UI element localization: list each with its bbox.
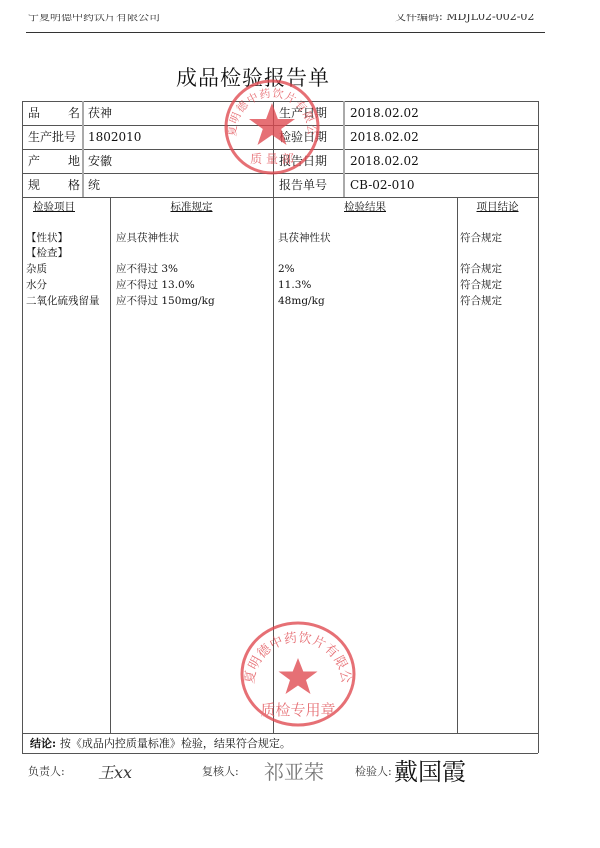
col-divider	[273, 197, 274, 733]
row-conclusion: 符合规定	[460, 261, 502, 277]
label-inspection-date: 检验日期	[279, 125, 327, 149]
responsible-label: 负责人:	[28, 763, 65, 779]
stamp-center-text: 质检专用章	[260, 701, 335, 719]
col-divider	[273, 101, 274, 197]
row-conclusion: 符合规定	[460, 293, 502, 309]
row-standard: 应不得过 3%	[116, 261, 178, 277]
value-report-number: CB-02-010	[350, 173, 415, 197]
responsible-signature: 王xx	[98, 760, 132, 783]
row-result: 2%	[278, 261, 295, 277]
label-batch-number: 生产批号	[28, 125, 76, 149]
value-report-date: 2018.02.02	[350, 149, 419, 173]
value-product-name: 茯神	[88, 101, 112, 125]
row-item: 二氧化硫残留量	[26, 293, 100, 309]
table-border-right	[538, 101, 539, 753]
file-code: 文件编码: MDJL02-002-02	[395, 14, 534, 24]
col-header-standard: 标准规定	[110, 199, 273, 214]
value-inspection-date: 2018.02.02	[350, 125, 419, 149]
label-origin: 产地	[28, 149, 80, 173]
row-item: 杂质	[26, 261, 47, 277]
col-divider	[343, 101, 345, 197]
row-result: 11.3%	[278, 277, 311, 293]
row-divider	[22, 733, 538, 734]
label-product-name: 品名	[28, 101, 80, 125]
value-batch-number: 1802010	[88, 125, 141, 149]
label-production-date: 生产日期	[279, 101, 327, 125]
col-header-item: 检验项目	[33, 199, 75, 214]
svg-text:宁夏明德中药饮片有限公司: 宁夏明德中药饮片有限公司	[238, 620, 353, 685]
value-origin: 安徽	[88, 149, 112, 173]
row-item: 【检查】	[26, 245, 68, 261]
label-report-number: 报告单号	[279, 173, 327, 197]
value-production-date: 2018.02.02	[350, 101, 419, 125]
col-header-result: 检验结果	[273, 199, 457, 214]
qc-seal-stamp: 宁夏明德中药饮片有限公司 质检专用章	[238, 620, 358, 728]
stamp-ring-text: 宁夏明德中药饮片有限公司	[238, 620, 353, 685]
inspector-signature: 戴国霞	[394, 752, 466, 787]
reviewer-label: 复核人:	[202, 763, 239, 779]
row-result: 具茯神性状	[278, 230, 331, 246]
row-conclusion: 符合规定	[460, 230, 502, 246]
reviewer-signature: 祁亚荣	[264, 756, 324, 785]
col-divider	[457, 197, 458, 733]
conclusion-statement: 结论: 按《成品内控质量标准》检验，结果符合规定。	[30, 735, 291, 751]
inspector-label: 检验人:	[355, 763, 392, 779]
star-icon	[279, 658, 318, 694]
row-standard: 应不得过 13.0%	[116, 277, 195, 293]
stamp-ring	[242, 623, 354, 725]
row-item: 【性状】	[26, 230, 68, 246]
table-border-left	[22, 101, 23, 753]
col-divider	[110, 197, 111, 733]
label-spec: 规格	[28, 173, 80, 197]
row-standard: 应具茯神性状	[116, 230, 179, 246]
row-standard: 应不得过 150mg/kg	[116, 293, 215, 309]
row-item: 水分	[26, 277, 47, 293]
row-result: 48mg/kg	[278, 293, 325, 309]
conclusion-text: 按《成品内控质量标准》检验，结果符合规定。	[60, 737, 291, 750]
row-divider	[22, 197, 538, 198]
value-spec: 统	[88, 173, 100, 197]
header-divider	[26, 32, 545, 33]
col-divider	[82, 101, 84, 197]
page-title: 成品检验报告单	[0, 62, 600, 92]
row-conclusion: 符合规定	[460, 277, 502, 293]
col-header-conclusion: 项目结论	[457, 199, 538, 214]
label-report-date: 报告日期	[279, 149, 327, 173]
conclusion-label: 结论:	[30, 737, 56, 750]
company-name: 宁夏明德中药饮片有限公司	[28, 14, 160, 24]
